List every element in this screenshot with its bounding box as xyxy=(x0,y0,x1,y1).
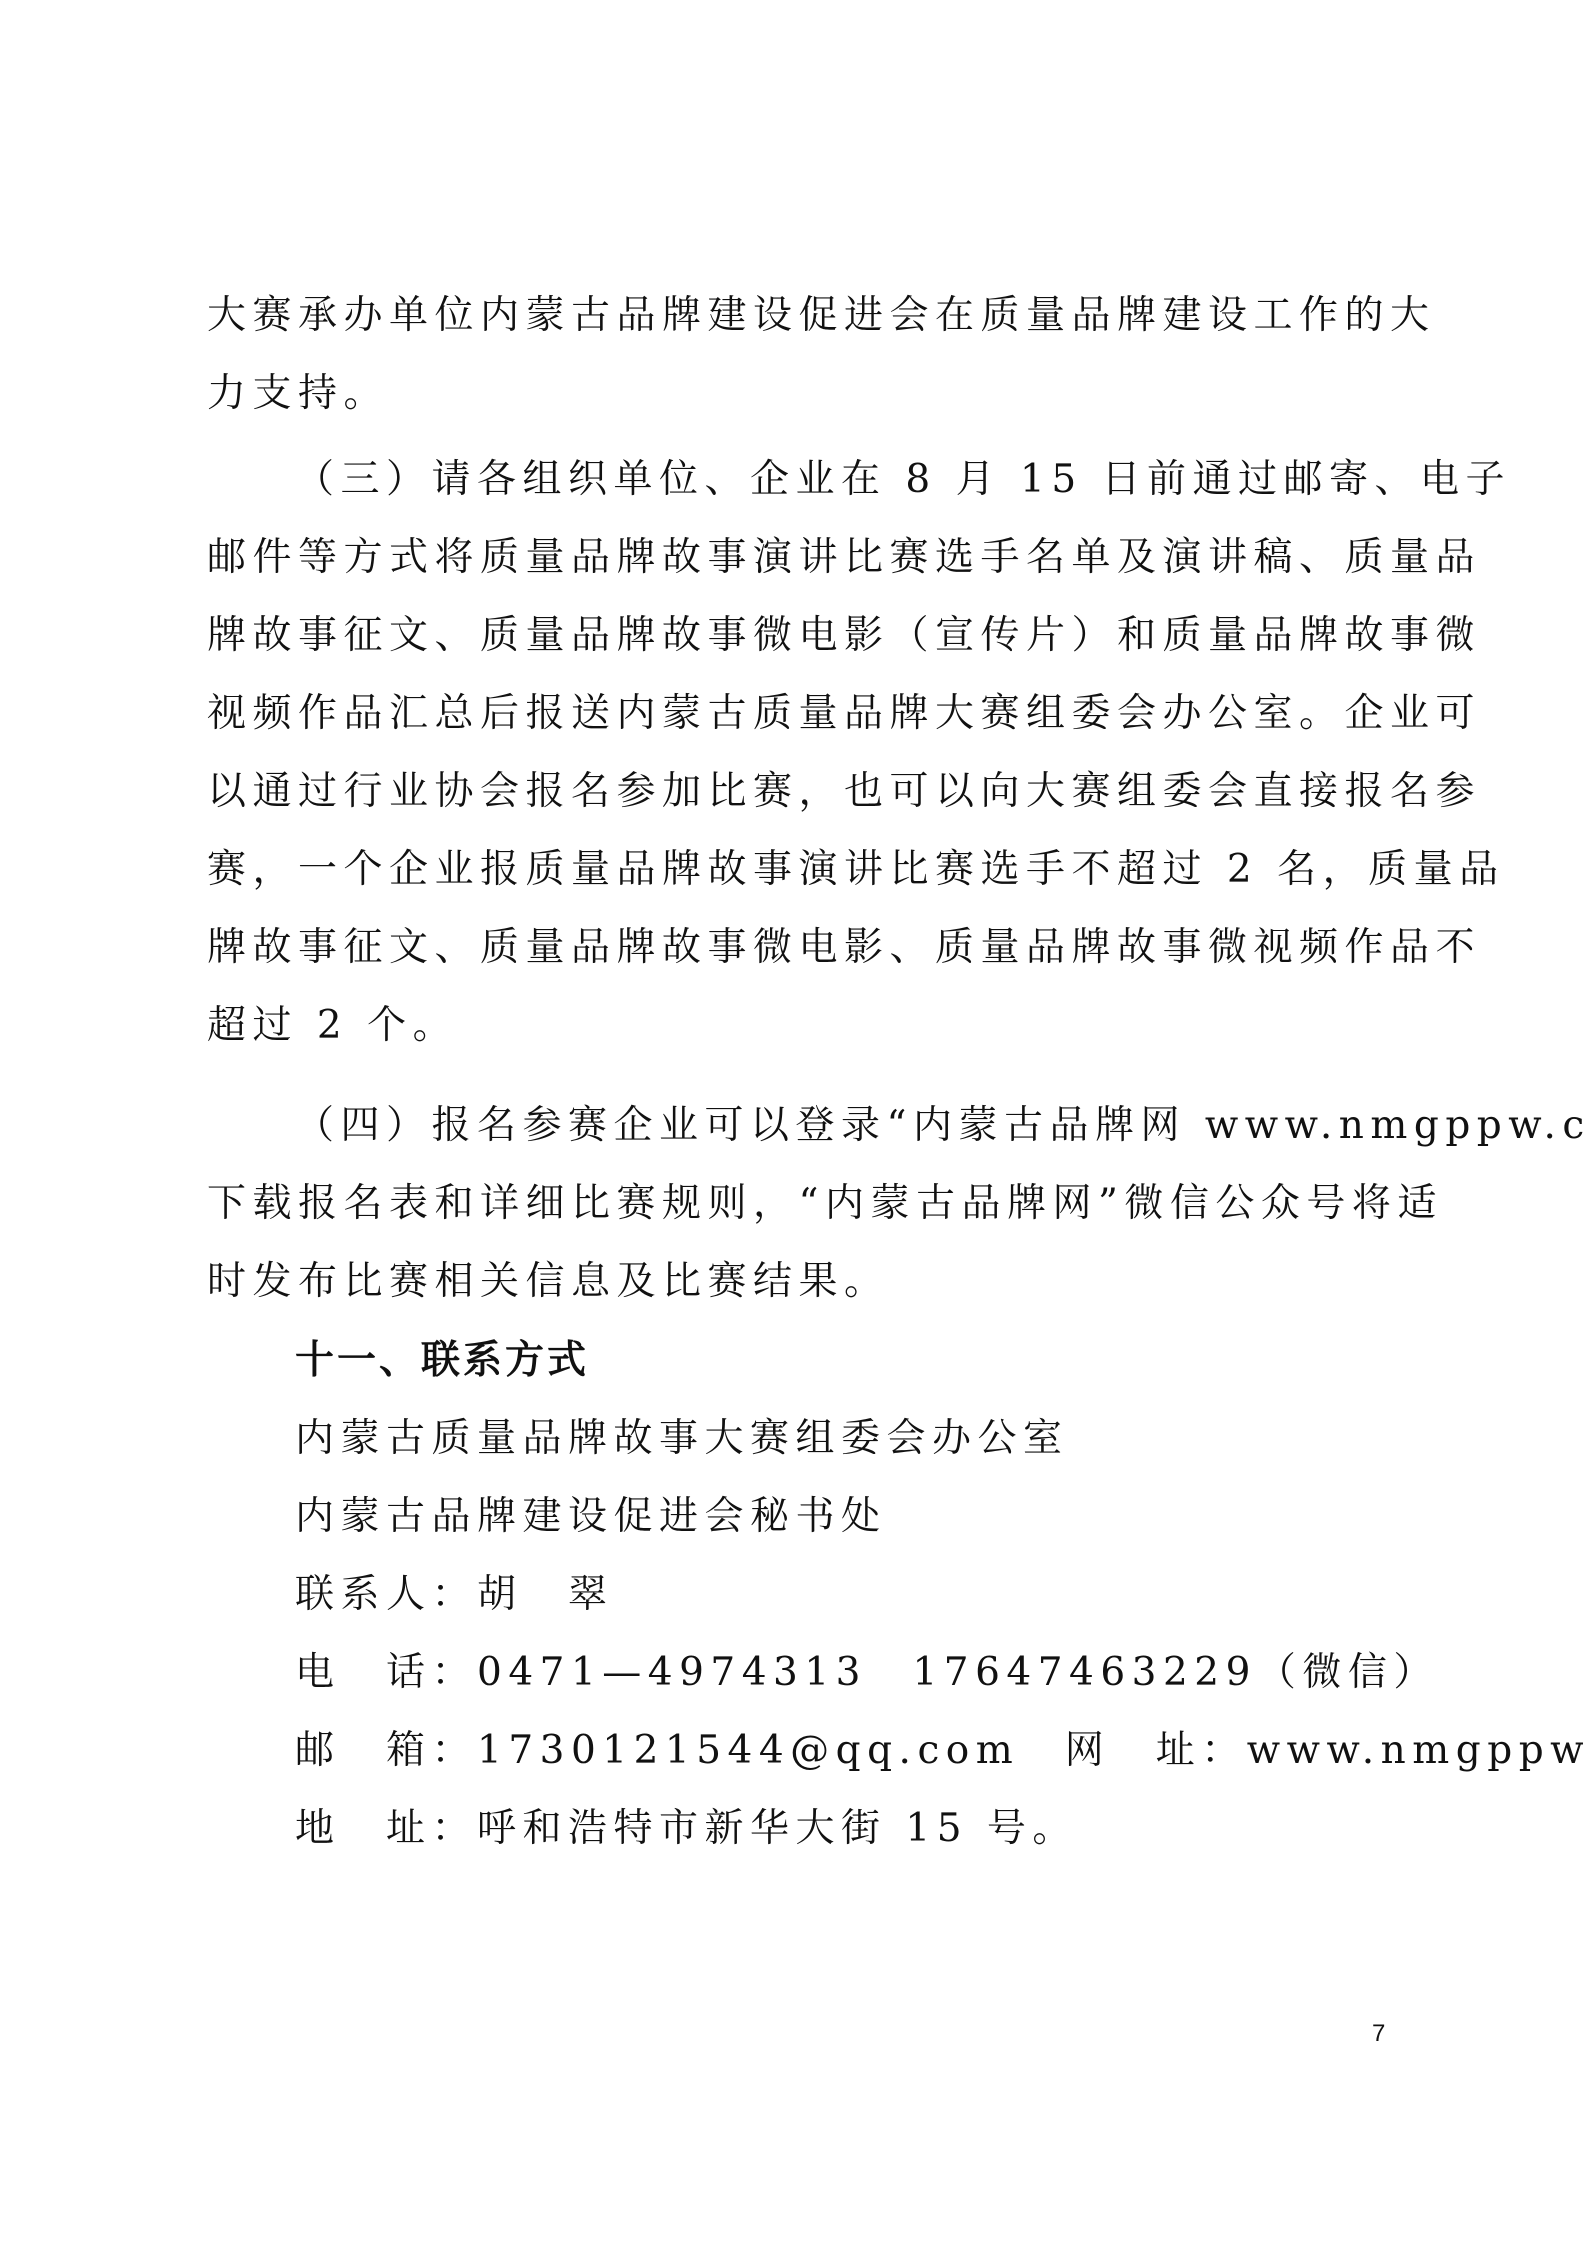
page-number: 7 xyxy=(1372,2020,1385,2048)
paragraph-support: 大赛承办单位内蒙古品牌建设促进会在质量品牌建设工作的大 力支持。 xyxy=(207,277,1387,433)
text-line: 以通过行业协会报名参加比赛，也可以向大赛组委会直接报名参 xyxy=(207,753,1387,831)
text-line: （四）报名参赛企业可以登录“内蒙古品牌网 www.nmgppw.cn” xyxy=(207,1087,1387,1165)
text-line: 牌故事征文、质量品牌故事微电影（宣传片）和质量品牌故事微 xyxy=(207,597,1387,675)
text-line: （三）请各组织单位、企业在 8 月 15 日前通过邮寄、电子 xyxy=(207,441,1387,519)
text-line: 时发布比赛相关信息及比赛结果。 xyxy=(207,1243,1387,1321)
contact-address: 地 址：呼和浩特市新华大街 15 号。 xyxy=(207,1790,1387,1868)
section-heading: 十一、联系方式 xyxy=(207,1322,1387,1400)
text-line: 下载报名表和详细比赛规则，“内蒙古品牌网”微信公众号将适 xyxy=(207,1165,1387,1243)
contact-secretariat: 内蒙古品牌建设促进会秘书处 xyxy=(207,1478,1387,1556)
text-line: 大赛承办单位内蒙古品牌建设促进会在质量品牌建设工作的大 xyxy=(207,277,1387,355)
contact-person: 联系人：胡 翠 xyxy=(207,1556,1387,1634)
contact-email-website: 邮 箱：1730121544@qq.com 网 址：www.nmgppw.cn xyxy=(207,1712,1387,1790)
text-line: 超过 2 个。 xyxy=(207,987,1387,1065)
text-line: 赛，一个企业报质量品牌故事演讲比赛选手不超过 2 名，质量品 xyxy=(207,831,1387,909)
document-page: 大赛承办单位内蒙古品牌建设促进会在质量品牌建设工作的大 力支持。 （三）请各组织… xyxy=(0,0,1587,2245)
text-line: 邮件等方式将质量品牌故事演讲比赛选手名单及演讲稿、质量品 xyxy=(207,519,1387,597)
text-line: 牌故事征文、质量品牌故事微电影、质量品牌故事微视频作品不 xyxy=(207,909,1387,987)
text-line: 力支持。 xyxy=(207,355,1387,433)
paragraph-item-4-registration: （四）报名参赛企业可以登录“内蒙古品牌网 www.nmgppw.cn” 下载报名… xyxy=(207,1087,1387,1321)
contact-phone: 电 话：0471—4974313 17647463229（微信） xyxy=(207,1634,1387,1712)
paragraph-item-3-submission: （三）请各组织单位、企业在 8 月 15 日前通过邮寄、电子 邮件等方式将质量品… xyxy=(207,441,1387,1065)
contact-organizer-office: 内蒙古质量品牌故事大赛组委会办公室 xyxy=(207,1400,1387,1478)
text-line: 视频作品汇总后报送内蒙古质量品牌大赛组委会办公室。企业可 xyxy=(207,675,1387,753)
section-contact: 十一、联系方式 内蒙古质量品牌故事大赛组委会办公室 内蒙古品牌建设促进会秘书处 … xyxy=(207,1322,1387,1868)
